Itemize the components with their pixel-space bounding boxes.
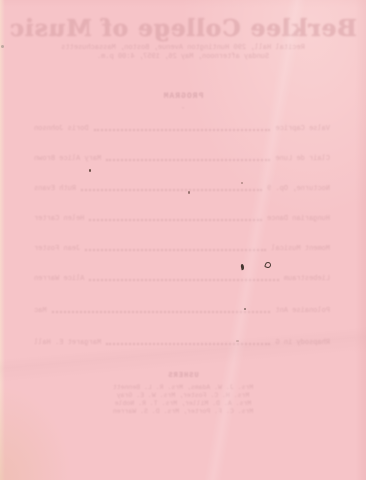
- program-row-right-text: Ruth Evans: [34, 185, 76, 193]
- program-heading-bleed: PROGRAM: [0, 92, 366, 101]
- program-row-right-text: Margaret E. Hall: [34, 339, 101, 347]
- program-row: Polonaise AntMac: [34, 305, 330, 315]
- program-list-bleed: Valse CapriceDoris JohnsonClair de LuneM…: [34, 123, 330, 367]
- program-row-right-text: Mac: [34, 307, 47, 315]
- program-row-right-text: Alice Warren: [34, 275, 84, 283]
- footer-heading-bleed: USHERS: [0, 372, 366, 380]
- dotted-leader: [81, 189, 262, 191]
- program-row-left-text: Liebestraum: [284, 275, 330, 283]
- date-line-bleed: Sunday afternoon, May 26, 1957, 4:00 p.m…: [0, 53, 366, 61]
- dotted-leader: [52, 311, 271, 313]
- program-row-right-text: Mary Alice Brown: [34, 155, 101, 163]
- scanned-program-page-back: Berklee College of Music Recital Hall, 2…: [0, 0, 366, 480]
- dotted-leader: [94, 129, 271, 131]
- dotted-leader: [85, 249, 266, 251]
- program-row-left-text: Clair de Lune: [275, 155, 330, 163]
- program-row: Nocturne, Op. 9Ruth Evans: [34, 183, 330, 193]
- footer-names-bleed: Mrs. J. W. Adams, Mrs. R. L. BennettMrs.…: [0, 384, 366, 416]
- program-row: Clair de LuneMary Alice Brown: [34, 153, 330, 163]
- program-row-left-text: Polonaise Ant: [275, 307, 330, 315]
- program-row-left-text: Valse Caprice: [275, 125, 330, 133]
- college-title-bleed: Berklee College of Music: [0, 15, 366, 42]
- dotted-leader: [106, 343, 270, 345]
- footer-name-line: Mrs. C. F. Porter, Mrs. D. S. Warren: [0, 408, 366, 416]
- program-row-left-text: Hungarian Dance: [267, 215, 330, 223]
- program-row-right-text: Doris Johnson: [34, 125, 89, 133]
- program-row: Rhapsody in GMargaret E. Hall: [34, 337, 330, 347]
- program-row: Moment MusicalJean Foster: [34, 243, 330, 253]
- program-row: Hungarian DanceHelen Carter: [34, 213, 330, 223]
- dotted-leader: [89, 219, 262, 221]
- program-row: LiebestraumAlice Warren: [34, 273, 330, 283]
- program-row-left-text: Nocturne, Op. 9: [267, 185, 330, 193]
- program-row-left-text: Rhapsody in G: [275, 339, 330, 347]
- footer-name-line: Mrs. A. D. Miller, Mrs. T. R. Noble: [0, 400, 366, 408]
- dotted-leader: [106, 159, 270, 161]
- bleed-through-content: Berklee College of Music Recital Hall, 2…: [0, 0, 366, 480]
- venue-line-bleed: Recital Hall, 290 Huntington Avenue, Bos…: [0, 44, 366, 52]
- footer-block-bleed: USHERS Mrs. J. W. Adams, Mrs. R. L. Benn…: [0, 372, 366, 416]
- program-row: Valse CapriceDoris Johnson: [34, 123, 330, 133]
- program-row-left-text: Moment Musical: [271, 245, 330, 253]
- heading-divider-bleed: -: [0, 103, 366, 112]
- program-row-right-text: Helen Carter: [34, 215, 84, 223]
- dotted-leader: [89, 279, 278, 281]
- program-row-right-text: Jean Foster: [34, 245, 80, 253]
- footer-name-line: Mrs. H. C. Foster, Mrs. W. E. Gray: [0, 392, 366, 400]
- footer-name-line: Mrs. J. W. Adams, Mrs. R. L. Bennett: [0, 384, 366, 392]
